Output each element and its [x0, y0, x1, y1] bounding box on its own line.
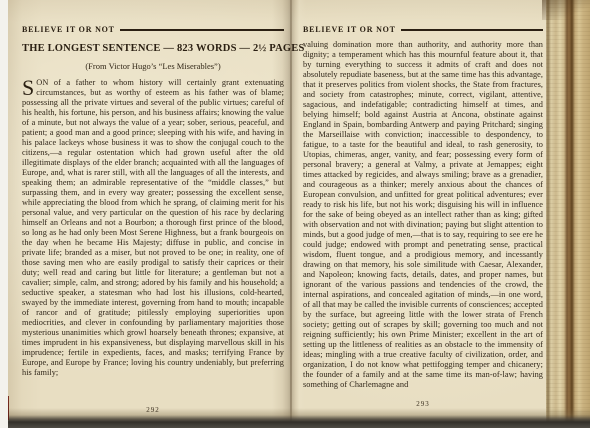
left-page-body: SON of a father to whom history will cer…	[22, 78, 284, 398]
scan-background-strip	[0, 0, 8, 428]
left-page: BELIEVE IT OR NOT THE LONGEST SENTENCE —…	[22, 24, 284, 414]
running-head: BELIEVE IT OR NOT	[22, 24, 284, 34]
running-head: BELIEVE IT OR NOT	[303, 24, 543, 34]
left-page-number: 292	[22, 406, 284, 414]
gutter-crease-line	[290, 0, 292, 428]
chapter-subtitle: (From Victor Hugo’s “Les Miserables”)	[22, 61, 284, 71]
running-head-rule	[120, 29, 284, 31]
left-page-body-text: ON of a father to whom history will cert…	[22, 78, 284, 377]
fore-edge-pages	[546, 0, 590, 428]
chapter-title: THE LONGEST SENTENCE — 823 WORDS — 2½ PA…	[22, 43, 284, 54]
running-head-rule	[401, 29, 543, 31]
right-page-number: 293	[303, 400, 543, 408]
running-head-label: BELIEVE IT OR NOT	[22, 25, 115, 34]
running-head-label: BELIEVE IT OR NOT	[303, 25, 396, 34]
right-page-body: valuing domination more than authority, …	[303, 40, 543, 392]
drop-cap: S	[22, 78, 36, 97]
top-right-edge-shadow	[542, 0, 590, 20]
right-page-body-text: valuing domination more than authority, …	[303, 40, 543, 389]
right-page: BELIEVE IT OR NOT valuing domination mor…	[303, 24, 543, 408]
book-scan: BELIEVE IT OR NOT THE LONGEST SENTENCE —…	[0, 0, 590, 428]
